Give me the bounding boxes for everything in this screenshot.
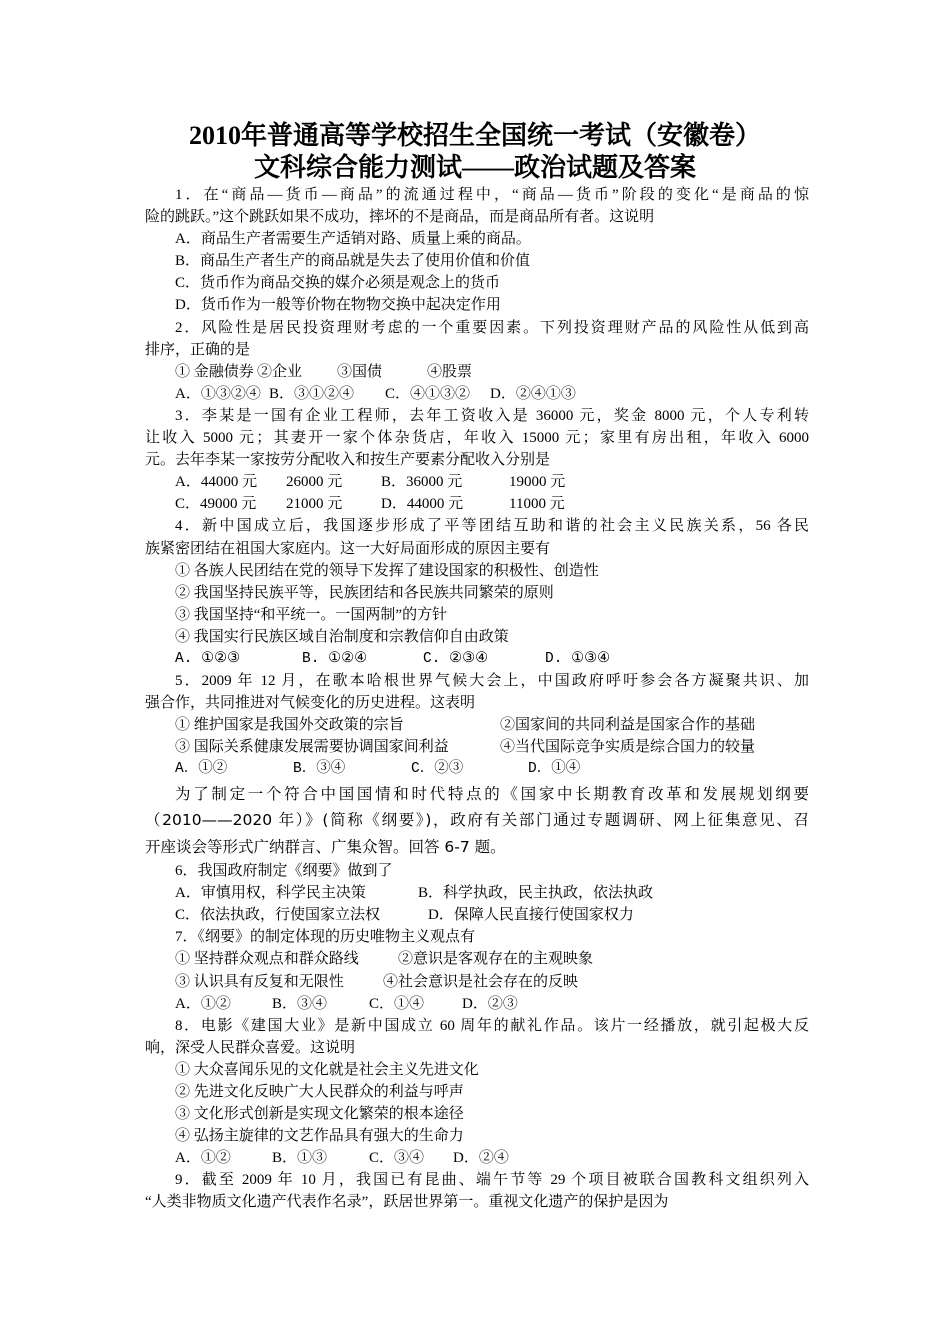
answer-option-d: D．①④ <box>528 758 580 780</box>
answer-option-b: B．①③ <box>272 1147 327 1169</box>
answer-options: A．①② B．①③ C．③④ D．②④ <box>145 1147 809 1169</box>
statement-item: ④社会意识是社会存在的反映 <box>383 971 578 993</box>
question-stem: 2．风险性是居民投资理财考虑的一个重要因素。下列投资理财产品的风险性从低到高 <box>145 317 809 339</box>
answer-options-row: A．44000 元 26000 元 B．36000 元 19000 元 <box>145 471 809 493</box>
answer-option-c: C．依法执政，行使国家立法权 <box>175 904 380 926</box>
question-stem: 9．截至 2009 年 10 月，我国已有昆曲、端午节等 29 个项目被联合国教… <box>145 1169 809 1191</box>
material-text: 为了制定一个符合中国国情和时代特点的《国家中长期教育改革和发展规划纲要 <box>145 781 809 808</box>
answer-option-d-value2: 11000 元 <box>509 493 565 515</box>
answer-option-c: C．49000 元 <box>175 493 256 515</box>
answer-option-d: D．②④①③ <box>490 383 576 405</box>
question-stem: 强合作，共同推进对气候变化的历史进程。这表明 <box>145 692 809 714</box>
answer-option-c: C．④①③② <box>385 383 470 405</box>
question-stem: 6．我国政府制定《纲要》做到了 <box>145 860 809 882</box>
question-1: 1．在“商品—货币—商品”的流通过程中，“商品—货币”阶段的变化“是商品的惊 险… <box>145 184 809 317</box>
answer-option-c-value2: 21000 元 <box>286 493 342 515</box>
question-stem: 5．2009 年 12 月，在歌本哈根世界气候大会上，中国政府呼吁参会各方凝聚共… <box>145 670 809 692</box>
question-stem: 1．在“商品—货币—商品”的流通过程中，“商品—货币”阶段的变化“是商品的惊 <box>145 184 809 206</box>
statement-items-row: ① 维护国家是我国外交政策的宗旨 ②国家间的共同利益是国家合作的基础 <box>145 714 809 736</box>
document-title-line2: 文科综合能力测试——政治试题及答案 <box>0 153 950 183</box>
statement-item: ② 我国坚持民族平等，民族团结和各民族共同繁荣的原则 <box>145 582 809 604</box>
question-8: 8．电影《建国大业》是新中国成立 60 周年的献礼作品。该片一经播放，就引起极大… <box>145 1015 809 1170</box>
answer-options: A．①② B．③④ C．②③ D．①④ <box>145 758 809 780</box>
answer-option-a: A．①② <box>175 993 231 1015</box>
statement-item: ④ 弘扬主旋律的文艺作品具有强大的生命力 <box>145 1125 809 1147</box>
answer-options-row: A．审慎用权，科学民主决策 B．科学执政，民主执政，依法执政 <box>145 882 809 904</box>
question-2: 2．风险性是居民投资理财考虑的一个重要因素。下列投资理财产品的风险性从低到高 排… <box>145 317 809 405</box>
statement-item: ④ 我国实行民族区域自治制度和宗教信仰自由政策 <box>145 626 809 648</box>
answer-options-row: C．49000 元 21000 元 D．44000 元 11000 元 <box>145 493 809 515</box>
answer-option-a-value2: 26000 元 <box>286 471 342 493</box>
answer-option-b: B．科学执政，民主执政，依法执政 <box>418 882 653 904</box>
material-text: （2010——2020 年）》(简称《纲要》)，政府有关部门通过专题调研、网上征… <box>145 807 809 834</box>
document-title-line1: 2010年普通高等学校招生全国统一考试（安徽卷） <box>0 121 950 151</box>
answer-option-c: C．①④ <box>369 993 424 1015</box>
statement-item: ② 先进文化反映广大人民群众的利益与呼声 <box>145 1081 809 1103</box>
answer-option-b: B. ①②④ <box>302 648 367 670</box>
question-stem: 8．电影《建国大业》是新中国成立 60 周年的献礼作品。该片一经播放，就引起极大… <box>145 1015 809 1037</box>
question-stem: 险的跳跃。”这个跳跃如果不成功，摔坏的不是商品，而是商品所有者。这说明 <box>145 206 809 228</box>
statement-item: ① 大众喜闻乐见的文化就是社会主义先进文化 <box>145 1059 809 1081</box>
answer-option-b: B．③④ <box>293 758 345 780</box>
statement-items: ① 金融债券 ②企业 ③国债 ④股票 <box>145 361 809 383</box>
statement-items-row: ③ 认识具有反复和无限性 ④社会意识是社会存在的反映 <box>145 971 809 993</box>
statement-item: ②国家间的共同利益是国家合作的基础 <box>500 714 755 736</box>
material-text: 开座谈会等形式广纳群言、广集众智。回答 6-7 题。 <box>145 834 809 861</box>
answer-options: A．①③②④ B．③①②④ C．④①③② D．②④①③ <box>145 383 809 405</box>
answer-option-d: D．②④ <box>453 1147 509 1169</box>
statement-items-row: ③ 国际关系健康发展需要协调国家间利益 ④当代国际竞争实质是综合国力的较量 <box>145 736 809 758</box>
answer-option-a: A．①② <box>175 1147 231 1169</box>
question-stem: 元。去年李某一家按劳分配收入和按生产要素分配收入分别是 <box>145 449 809 471</box>
statement-item: ③ 我国坚持“和平统一。一国两制”的方针 <box>145 604 809 626</box>
answer-option-d: D. ①③④ <box>545 648 610 670</box>
question-stem: 响，深受人民群众喜爱。这说明 <box>145 1037 809 1059</box>
question-stem: 4．新中国成立后，我国逐步形成了平等团结互助和谐的社会主义民族关系，56 各民 <box>145 515 809 537</box>
answer-option-b-value2: 19000 元 <box>509 471 565 493</box>
statement-item: ① 坚持群众观点和群众路线 <box>175 948 359 970</box>
answer-option-c: C．③④ <box>369 1147 424 1169</box>
statement-item: ① 各族人民团结在党的领导下发挥了建设国家的积极性、创造性 <box>145 560 809 582</box>
statement-item: ③ 认识具有反复和无限性 <box>175 971 344 993</box>
statement-items-row: ① 坚持群众观点和群众路线 ②意识是客观存在的主观映象 <box>145 948 809 970</box>
document-page: 2010年普通高等学校招生全国统一考试（安徽卷） 文科综合能力测试——政治试题及… <box>0 0 950 1344</box>
answer-options: A. ①②③ B. ①②④ C. ②③④ D. ①③④ <box>145 648 809 670</box>
answer-option-a: A．审慎用权，科学民主决策 <box>175 882 366 904</box>
question-9: 9．截至 2009 年 10 月，我国已有昆曲、端午节等 29 个项目被联合国教… <box>145 1169 809 1213</box>
statement-item: ③国债 <box>337 361 382 383</box>
question-5: 5．2009 年 12 月，在歌本哈根世界气候大会上，中国政府呼吁参会各方凝聚共… <box>145 670 809 780</box>
statement-item: ②企业 <box>257 361 302 383</box>
answer-option-a: A．①② <box>175 758 227 780</box>
answer-option-b: B．③①②④ <box>269 383 354 405</box>
answer-option-b: B．商品生产者生产的商品就是失去了使用价值和价值 <box>145 250 809 272</box>
question-stem: “人类非物质文化遗产代表作名录”，跃居世界第一。重视文化遗产的保护是因为 <box>145 1191 809 1213</box>
answer-options: A．①② B．③④ C．①④ D．②③ <box>145 993 809 1015</box>
document-body: 1．在“商品—货币—商品”的流通过程中，“商品—货币”阶段的变化“是商品的惊 险… <box>145 184 809 1214</box>
reading-material: 为了制定一个符合中国国情和时代特点的《国家中长期教育改革和发展规划纲要 （201… <box>145 781 809 861</box>
answer-option-a: A. ①②③ <box>175 648 240 670</box>
statement-item: ③ 文化形式创新是实现文化繁荣的根本途径 <box>145 1103 809 1125</box>
answer-option-b: B．36000 元 <box>381 471 462 493</box>
question-7: 7．《纲要》的制定体现的历史唯物主义观点有 ① 坚持群众观点和群众路线 ②意识是… <box>145 926 809 1014</box>
answer-option-a: A．44000 元 <box>175 471 257 493</box>
statement-item: ④当代国际竞争实质是综合国力的较量 <box>500 736 755 758</box>
question-stem: 排序，正确的是 <box>145 339 809 361</box>
answer-option-d: D．②③ <box>462 993 518 1015</box>
question-stem: 3．李某是一国有企业工程师，去年工资收入是 36000 元，奖金 8000 元，… <box>145 405 809 427</box>
answer-option-d: D．保障人民直接行使国家权力 <box>428 904 634 926</box>
answer-option-b: B．③④ <box>272 993 327 1015</box>
statement-item: ③ 国际关系健康发展需要协调国家间利益 <box>175 736 449 758</box>
answer-option-c: C．货币作为商品交换的媒介必须是观念上的货币 <box>145 272 809 294</box>
statement-item: ① 金融债券 <box>175 361 254 383</box>
statement-item: ④股票 <box>427 361 472 383</box>
question-stem: 让收入 5000 元；其妻开一家个体杂货店，年收入 15000 元；家里有房出租… <box>145 427 809 449</box>
question-3: 3．李某是一国有企业工程师，去年工资收入是 36000 元，奖金 8000 元，… <box>145 405 809 515</box>
answer-option-d: D．货币作为一般等价物在物物交换中起决定作用 <box>145 294 809 316</box>
answer-option-a: A．商品生产者需要生产适销对路、质量上乘的商品。 <box>145 228 809 250</box>
question-stem: 7．《纲要》的制定体现的历史唯物主义观点有 <box>145 926 809 948</box>
question-6: 6．我国政府制定《纲要》做到了 A．审慎用权，科学民主决策 B．科学执政，民主执… <box>145 860 809 926</box>
answer-option-d: D．44000 元 <box>381 493 463 515</box>
statement-item: ②意识是客观存在的主观映象 <box>398 948 593 970</box>
answer-option-c: C．②③ <box>411 758 463 780</box>
answer-option-a: A．①③②④ <box>175 383 261 405</box>
question-4: 4．新中国成立后，我国逐步形成了平等团结互助和谐的社会主义民族关系，56 各民 … <box>145 515 809 670</box>
question-stem: 族紧密团结在祖国大家庭内。这一大好局面形成的原因主要有 <box>145 538 809 560</box>
answer-option-c: C. ②③④ <box>423 648 488 670</box>
answer-options-row: C．依法执政，行使国家立法权 D．保障人民直接行使国家权力 <box>145 904 809 926</box>
statement-item: ① 维护国家是我国外交政策的宗旨 <box>175 714 404 736</box>
